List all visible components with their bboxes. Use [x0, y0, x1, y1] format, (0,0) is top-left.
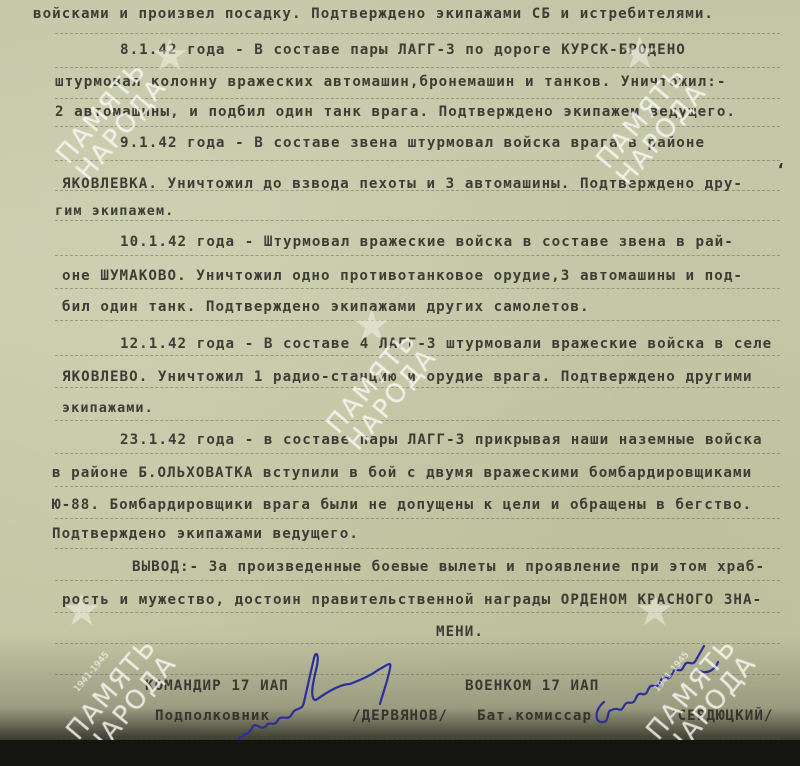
ruled-line	[55, 320, 780, 321]
text-line: экипажами.	[62, 400, 154, 416]
text-line: бил один танк. Подтверждено экипажами др…	[62, 299, 590, 315]
ruled-line	[55, 160, 780, 161]
ruled-line	[55, 288, 780, 289]
text-line: 9.1.42 года - В составе звена штурмовал …	[120, 135, 705, 151]
text-line: 8.1.42 года - В составе пары ЛАГГ-3 по д…	[120, 42, 686, 58]
commander-rank: Подполковник	[155, 708, 270, 724]
text-line: гим экипажем.	[55, 203, 174, 219]
ruled-line	[55, 387, 780, 388]
watermark-line2: НАРОДА	[662, 650, 761, 745]
text-line: оне ШУМАКОВО. Уничтожил одно противотанк…	[62, 268, 743, 284]
watermark: 1941-1945 ПАМЯТЬ НАРОДА	[622, 617, 761, 745]
ruled-line	[55, 98, 780, 99]
ruled-line	[55, 674, 780, 675]
text-line: 10.1.42 года - Штурмовал вражеские войск…	[120, 234, 734, 250]
ruled-line	[55, 67, 780, 68]
margin-mark: ‘	[776, 160, 786, 179]
ruled-line	[55, 420, 780, 421]
ruled-line	[55, 33, 780, 34]
ruled-line	[55, 355, 780, 356]
text-line: ЯКОВЛЕВО. Уничтожил 1 радио-станцию и ор…	[62, 369, 753, 385]
text-line: штурмовал колонну вражеских автомашин,бр…	[55, 74, 726, 90]
ruled-line	[55, 220, 780, 221]
ruled-line	[55, 126, 780, 127]
text-line: Ю-88. Бомбардировщики врага были не допу…	[52, 497, 752, 513]
text-line: 12.1.42 года - В составе 4 ЛАГГ-3 штурмо…	[120, 336, 772, 352]
ruled-line	[55, 580, 780, 581]
commander-name: /ДЕРВЯНОВ/	[352, 708, 448, 724]
text-line: МЕНИ.	[436, 624, 484, 640]
commissar-title: ВОЕНКОМ 17 ИАП	[465, 678, 599, 694]
ruled-line	[55, 548, 780, 549]
ruled-line	[55, 518, 780, 519]
text-line: рость и мужество, достоин правительствен…	[62, 592, 762, 608]
ruled-line	[55, 255, 780, 256]
watermark-line1: ПАМЯТЬ	[642, 633, 741, 744]
watermark-line2: НАРОДА	[82, 650, 181, 745]
text-line: ВЫВОД:- За произведенные боевые вылеты и…	[132, 559, 765, 575]
ruled-line	[55, 643, 780, 644]
scan-edge-shadow	[0, 740, 800, 766]
commissar-name: /СЕРДЮЦКИЙ/	[668, 708, 774, 724]
ruled-line	[55, 738, 780, 739]
text-line: 2 автомашины, и подбил один танк врага. …	[55, 104, 736, 120]
commissar-rank: Бат.комиссар	[477, 708, 592, 724]
text-line: Подтверждено экипажами ведущего.	[52, 526, 359, 542]
text-line: 23.1.42 года - в составе пары ЛАГГ-3 при…	[120, 432, 763, 448]
text-line: ЯКОВЛЕВКА. Уничтожил до взвода пехоты и …	[62, 176, 743, 192]
ruled-line	[55, 612, 780, 613]
watermark-line2: НАРОДА	[72, 74, 171, 185]
ruled-line	[55, 486, 780, 487]
archival-document-page: войсками и произвел посадку. Подтвержден…	[0, 0, 800, 745]
commander-title: КОМАНДИР 17 ИАП	[145, 678, 289, 694]
watermark-years: 1941-1945	[42, 617, 141, 728]
ruled-line	[55, 453, 780, 454]
text-line: войсками и произвел посадку. Подтвержден…	[33, 6, 714, 22]
text-line: в районе Б.ОЛЬХОВАТКА вступили в бой с д…	[52, 465, 752, 481]
